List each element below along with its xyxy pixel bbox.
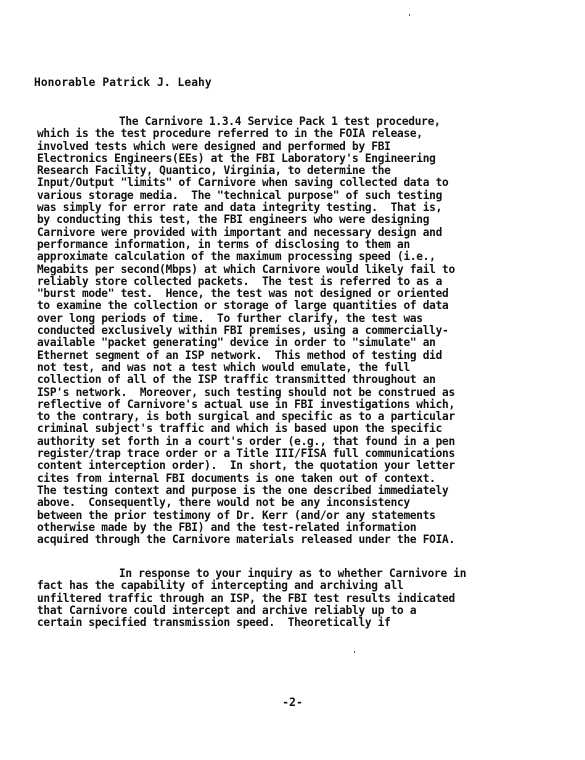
text-line: Megabits per second(Mbps) at which Carni… [37, 264, 455, 276]
paragraph-test-procedure: The Carnivore 1.3.4 Service Pack 1 test … [37, 116, 455, 546]
text-line: criminal subject's traffic and which is … [37, 423, 455, 435]
text-line: Input/Output "limits" of Carnivore when … [37, 177, 455, 189]
text-line: content interception order). In short, t… [37, 460, 455, 472]
text-line: certain specified transmission speed. Th… [37, 617, 466, 629]
text-line: which is the test procedure referred to … [37, 128, 455, 140]
text-line: fact has the capability of intercepting … [37, 580, 466, 592]
document-page: Honorable Patrick J. Leahy The Carnivore… [0, 0, 585, 760]
text-line: to examine the collection or storage of … [37, 300, 455, 312]
text-line: acquired through the Carnivore materials… [37, 534, 455, 546]
salutation: Honorable Patrick J. Leahy [34, 76, 212, 89]
text-line: available "packet generating" device in … [37, 337, 455, 349]
text-line: collection of all of the ISP traffic tra… [37, 374, 455, 386]
text-line: between the prior testimony of Dr. Kerr … [37, 510, 455, 522]
scan-artifact [409, 14, 410, 16]
text-line: by conducting this test, the FBI enginee… [37, 214, 455, 226]
page-number: -2- [0, 695, 585, 709]
text-line: above. Consequently, there would not be … [37, 497, 455, 509]
paragraph-inquiry-response: In response to your inquiry as to whethe… [37, 568, 466, 629]
text-line: ISP's network. Moreover, such testing sh… [37, 387, 455, 399]
text-line: approximate calculation of the maximum p… [37, 251, 455, 263]
scan-artifact [354, 651, 355, 653]
